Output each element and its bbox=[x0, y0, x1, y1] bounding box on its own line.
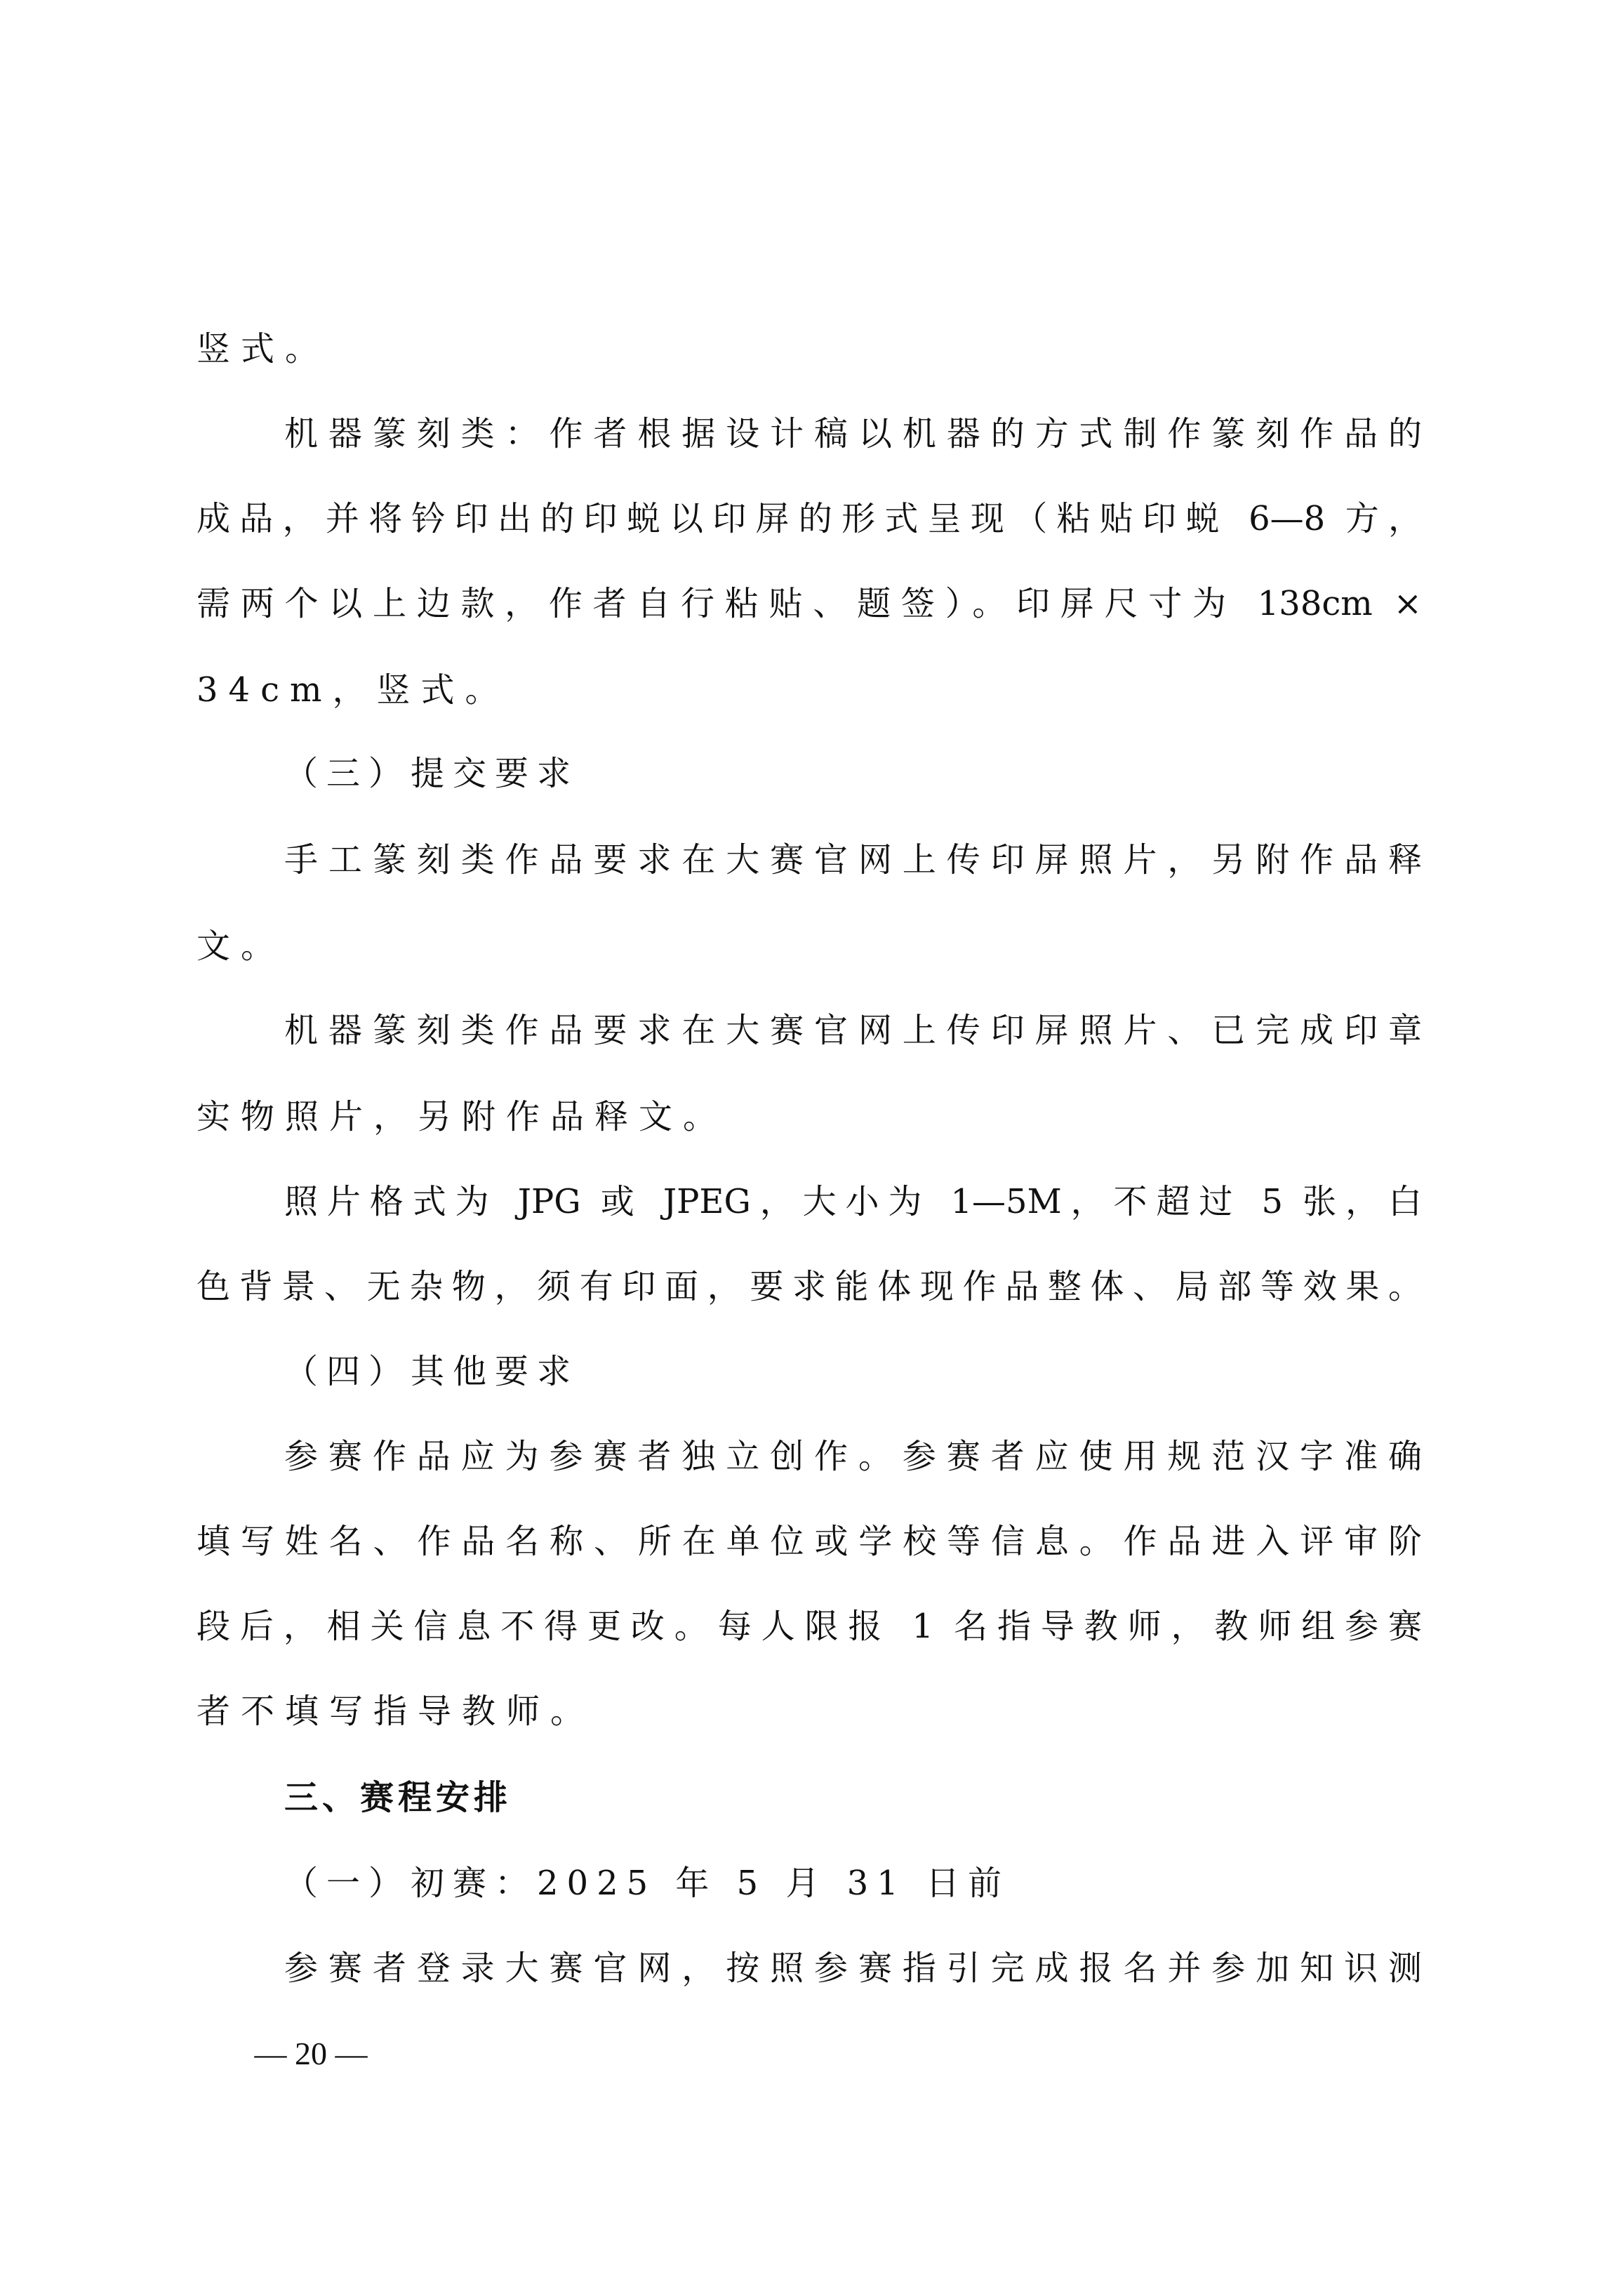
paragraph-machine-submission-line-2: 实物照片，另附作品释文。 bbox=[197, 1092, 1422, 1141]
subheading-submission-requirements: （三）提交要求 bbox=[284, 749, 1422, 798]
paragraph-originality-line-3: 段后，相关信息不得更改。每人限报 1 名指导教师，教师组参赛 bbox=[197, 1602, 1422, 1651]
paragraph-machine-carving-line-3: 需两个以上边款，作者自行粘贴、题签）。印屏尺寸为 138cm × bbox=[197, 579, 1422, 628]
subheading-other-requirements: （四）其他要求 bbox=[284, 1347, 1422, 1396]
document-page: 竖式。 机器篆刻类：作者根据设计稿以机器的方式制作篆刻作品的 成品，并将钤印出的… bbox=[0, 0, 1624, 2296]
subheading-preliminary-round: （一）初赛：2025 年 5 月 31 日前 bbox=[284, 1859, 1422, 1908]
paragraph-machine-carving-line-1: 机器篆刻类：作者根据设计稿以机器的方式制作篆刻作品的 bbox=[284, 409, 1422, 458]
paragraph-photo-format-line-2: 色背景、无杂物，须有印面，要求能体现作品整体、局部等效果。 bbox=[197, 1262, 1422, 1311]
body-text-line: 竖式。 bbox=[197, 324, 1422, 373]
paragraph-originality-line-2: 填写姓名、作品名称、所在单位或学校等信息。作品进入评审阶 bbox=[197, 1517, 1422, 1566]
paragraph-manual-carving-line-2: 文。 bbox=[197, 922, 1422, 971]
paragraph-originality-line-1: 参赛作品应为参赛者独立创作。参赛者应使用规范汉字准确 bbox=[284, 1432, 1422, 1481]
paragraph-machine-submission-line-1: 机器篆刻类作品要求在大赛官网上传印屏照片、已完成印章 bbox=[284, 1006, 1422, 1055]
paragraph-machine-carving-line-2: 成品，并将钤印出的印蜕以印屏的形式呈现（粘贴印蜕 6—8 方， bbox=[197, 494, 1422, 543]
paragraph-registration-line-1: 参赛者登录大赛官网，按照参赛指引完成报名并参加知识测 bbox=[284, 1944, 1422, 1993]
paragraph-machine-carving-line-4: 34cm，竖式。 bbox=[197, 665, 1422, 715]
paragraph-manual-carving-line-1: 手工篆刻类作品要求在大赛官网上传印屏照片，另附作品释 bbox=[284, 835, 1422, 884]
section-heading-schedule: 三、赛程安排 bbox=[284, 1773, 1422, 1822]
paragraph-photo-format-line-1: 照片格式为 JPG 或 JPEG，大小为 1—5M，不超过 5 张，白 bbox=[284, 1177, 1422, 1226]
page-number: — 20 — bbox=[233, 2033, 389, 2075]
paragraph-originality-line-4: 者不填写指导教师。 bbox=[197, 1687, 1422, 1736]
